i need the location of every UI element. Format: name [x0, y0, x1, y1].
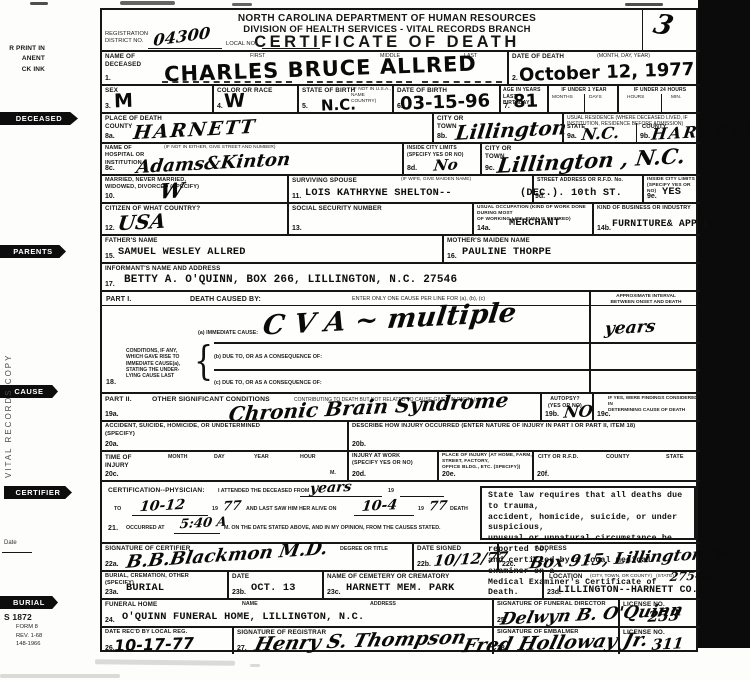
occupation-value: MERCHANT: [509, 217, 560, 229]
label: DATE: [232, 573, 249, 581]
row-marital: MARRIED, NEVER MARRIED, WIDOWED, DIVORCE…: [102, 174, 700, 202]
year-19-text: 19: [418, 506, 424, 513]
field-if-under-24-hours: IF UNDER 24 HOURS HOURS MIN.: [617, 86, 700, 112]
field-number: 12.: [105, 225, 115, 232]
label: NAME OF CEMETERY OR CREMATORY: [327, 573, 449, 581]
field-number: 15.: [105, 253, 115, 260]
occurred-at-text: OCCURRED AT: [126, 525, 165, 532]
label: SOCIAL SECURITY NUMBER: [292, 205, 382, 213]
label: KIND OF BUSINESS OR INDUSTRY: [597, 205, 691, 212]
inside-city-limits-residence-value: YES: [662, 186, 681, 198]
label: IF UNDER 24 HOURS: [622, 87, 698, 94]
sublabel: (IF WIFE, GIVE MAIDEN NAME): [401, 177, 471, 183]
sublabel-hours: HOURS: [627, 95, 644, 101]
field-mother-maiden-name: MOTHER'S MAIDEN NAME 16. PAULINE THORPE: [442, 236, 700, 262]
scan-artifact: [120, 1, 175, 5]
field-marital-status: MARRIED, NEVER MARRIED, WIDOWED, DIVORCE…: [102, 176, 287, 202]
approximate-interval-label: APPROXIMATE INTERVAL BETWEEN ONSET AND D…: [595, 294, 697, 306]
label: IF UNDER 1 YEAR: [552, 87, 616, 94]
degree-or-title-label: DEGREE OR TITLE: [340, 546, 388, 553]
local-no-underline: [262, 48, 320, 49]
attended-to-value: 10-12: [139, 497, 186, 515]
row-place-of-death: PLACE OF DEATH COUNTY 8a. HARNETT CITY O…: [102, 112, 700, 142]
sublabel-address: ADDRESS: [370, 601, 396, 608]
year-19-text: 19: [212, 506, 218, 513]
margin-tab-parents: PARENTS: [0, 245, 66, 258]
last-saw-value: 10-4: [361, 497, 398, 515]
label: ACCIDENT, SUICIDE, HOMICIDE, OR UNDETERM…: [105, 423, 260, 438]
burial-value: BURIAL: [126, 582, 164, 594]
field-social-security-number: SOCIAL SECURITY NUMBER 13.: [287, 204, 472, 234]
race-value: W: [224, 90, 246, 113]
header-divider: [642, 10, 643, 50]
margin-tab-certifier: CERTIFIER: [4, 486, 72, 499]
field-number: 13.: [292, 225, 302, 232]
label: FATHER'S NAME: [105, 237, 158, 245]
label: INJURY AT WORK (SPECIFY YES OR NO): [352, 453, 413, 467]
margin-tab-deceased: DECEASED: [0, 112, 78, 125]
field-number: 10.: [105, 193, 115, 200]
residence-city-value: Lillington , N.C.: [496, 143, 687, 178]
field-number: 27.: [237, 645, 247, 652]
death-text: DEATH: [450, 506, 468, 513]
embalmer-license-value: 311: [651, 634, 685, 654]
conditions-note: CONDITIONS, IF ANY, WHICH GAVE RISE TO I…: [126, 348, 180, 379]
label: LOCATION: [549, 573, 583, 581]
occurred-statement-text: M. ON THE DATE STATED ABOVE, AND IN MY O…: [224, 525, 441, 532]
field-date-signed: DATE SIGNED 22b. 10/12/77: [412, 544, 497, 570]
scanned-death-certificate: R PRINT IN ANENT CK INK DECEASED PARENTS…: [0, 0, 750, 680]
cemetery-value: HARNETT MEM. PARK: [346, 582, 454, 594]
last-saw-year-value: 77: [428, 499, 448, 515]
field-embalmer-signature: SIGNATURE OF EMBALMER 28. Fred Holloway …: [492, 628, 618, 654]
field-number: 9b.: [640, 133, 650, 140]
label: STREET ADDRESS OR R.F.D. No.: [537, 177, 623, 184]
label: FUNERAL HOME: [105, 601, 157, 609]
date-received-value: 10-17-77: [114, 634, 195, 656]
field-number: 9c.: [485, 165, 495, 172]
row-citizen: CITIZEN OF WHAT COUNTRY? 12. USA SOCIAL …: [102, 202, 700, 234]
field-number: 9a.: [567, 133, 577, 140]
field-director-license: LICENSE NO. 253: [618, 600, 700, 626]
scan-artifact: [250, 664, 260, 667]
field-accident-suicide-homicide: ACCIDENT, SUICIDE, HOMICIDE, OR UNDETERM…: [102, 422, 347, 450]
interval-column: APPROXIMATE INTERVAL BETWEEN ONSET AND D…: [589, 292, 700, 392]
sublabel-year: YEAR: [254, 454, 269, 461]
sublabel-months: MONTHS: [552, 95, 573, 101]
field-burial-location: LOCATION (CITY, TOWN, OR COUNTY) (STATE)…: [542, 572, 700, 598]
field-autopsy: AUTOPSY? (YES OR NO) 19b. NO: [540, 394, 592, 420]
field-number: 20d.: [352, 471, 366, 478]
blank-line: [354, 515, 414, 516]
label: DATE OF DEATH: [512, 53, 564, 61]
row-burial: BURIAL, CREMATION, OTHER (SPECIFY) 23a. …: [102, 570, 700, 598]
row-part2: PART II. OTHER SIGNIFICANT CONDITIONS CO…: [102, 392, 700, 420]
field-state-of-birth: STATE OF BIRTH (IF NOT IN U.S.A., NAME C…: [297, 86, 392, 112]
label: MOTHER'S MAIDEN NAME: [447, 237, 530, 245]
row-name: NAME OF DECEASED FIRST MIDDLE LAST 1. CH…: [102, 50, 700, 84]
field-signature-of-certifier: SIGNATURE OF CERTIFIER DEGREE OR TITLE 2…: [102, 544, 412, 570]
field-kind-of-business: KIND OF BUSINESS OR INDUSTRY 14b. FURNIT…: [592, 204, 700, 234]
cause-of-death-block: PART I. DEATH CAUSED BY: ENTER ONLY ONE …: [102, 290, 700, 392]
field-number: 14b.: [597, 225, 611, 232]
age-value: 81: [513, 91, 539, 113]
sub-divider: [584, 94, 585, 112]
sublabel-city-rfd: CITY OR R.F.D.: [538, 454, 578, 461]
row-vitals: SEX 3. M COLOR OR RACE 4. W STATE OF BIR…: [102, 84, 700, 112]
date-of-death-value: October 12, 1977: [519, 59, 695, 86]
blank-line: [174, 533, 220, 534]
death-caused-by-label: DEATH CAUSED BY:: [190, 295, 261, 304]
sub-divider: [636, 123, 637, 142]
sublabel-city-town: (CITY, TOWN, OR COUNTY): [590, 574, 652, 580]
field-embalmer-license: LICENSE NO. 311: [618, 628, 700, 654]
field-name-of-deceased: NAME OF DECEASED FIRST MIDDLE LAST 1. CH…: [102, 52, 507, 84]
inside-city-limits-death-value: No: [433, 155, 459, 174]
field-burial-date: DATE 23b. OCT. 13: [227, 572, 322, 598]
label: INFORMANT'S NAME AND ADDRESS: [105, 265, 220, 273]
scan-artifact: [232, 3, 252, 6]
row-certification: CERTIFICATION--PHYSICIAN: I ATTENDED THE…: [102, 480, 700, 542]
scan-artifact: [30, 2, 48, 5]
label: PLACE OF INJURY (AT HOME, FARM, STREET, …: [442, 453, 532, 472]
field-number: 17.: [105, 281, 115, 288]
to-year-value: 77: [222, 499, 242, 515]
funeral-home-value: O'QUINN FUNERAL HOME, LILLINGTON, N.C.: [122, 611, 364, 623]
field-number: 9e.: [647, 193, 657, 200]
field-number: 22b.: [417, 561, 431, 568]
field-residence-city: CITY OR TOWN 9c. Lillington , N.C.: [480, 144, 700, 174]
entry-line: [307, 81, 412, 83]
row-parents: FATHER'S NAME 15. SAMUEL WESLEY ALLRED M…: [102, 234, 700, 262]
field-injury-location: CITY OR R.F.D. COUNTY STATE 20f.: [532, 452, 700, 480]
field-injury-at-work: INJURY AT WORK (SPECIFY YES OR NO) 20d.: [347, 452, 437, 480]
time-of-death-value: 5:40 A: [179, 515, 228, 532]
item-18-number: 18.: [106, 378, 116, 387]
field-how-injury-occurred: DESCRIBE HOW INJURY OCCURRED (ENTER NATU…: [347, 422, 700, 450]
field-usual-residence: USUAL RESIDENCE (WHERE DECEASED LIVED, I…: [562, 114, 700, 142]
sublabel-days: DAYS: [589, 95, 602, 101]
date-margin-note: Date: [4, 540, 17, 548]
field-cemetery: NAME OF CEMETERY OR CREMATORY 23c. HARNE…: [322, 572, 542, 598]
field-if-under-1-year: IF UNDER 1 YEAR MONTHS DAYS: [547, 86, 617, 112]
row-hospital: NAME OF HOSPITAL OR INSTITUTION (IF NOT …: [102, 142, 700, 174]
sublabel: (MONTH, DAY, YEAR): [597, 53, 650, 60]
row-accident: ACCIDENT, SUICIDE, HOMICIDE, OR UNDETERM…: [102, 420, 700, 450]
field-number: 24.: [105, 617, 115, 624]
interval-value: years: [604, 317, 657, 340]
field-burial-cremation: BURIAL, CREMATION, OTHER (SPECIFY) 23a. …: [102, 572, 227, 598]
field-number: 23b.: [232, 589, 246, 596]
field-number: 20c.: [105, 471, 119, 478]
business-value: FURNITURE& APP'L: [612, 218, 709, 229]
field-city-of-death: CITY OR TOWN 8b. Lillington: [432, 114, 562, 142]
residence-state-value: N.C.: [581, 123, 621, 144]
field-usual-occupation: USUAL OCCUPATION (KIND OF WORK DONE DURI…: [472, 204, 592, 234]
field-informant: INFORMANT'S NAME AND ADDRESS 17. BETTY A…: [102, 264, 700, 290]
row-registrar: DATE REC'D BY LOCAL REG. 26. 10-17-77 SI…: [102, 626, 700, 654]
field-place-of-injury: PLACE OF INJURY (AT HOME, FARM, STREET, …: [437, 452, 532, 480]
attended-from-value: years: [309, 479, 353, 497]
vital-records-copy-watermark: VITAL RECORDS COPY: [4, 354, 13, 478]
label: TIME OF INJURY: [105, 454, 132, 470]
field-citizen: CITIZEN OF WHAT COUNTRY? 12. USA: [102, 204, 287, 234]
field-number: 8a.: [105, 133, 115, 140]
margin-tab-burial: BURIAL: [0, 596, 58, 609]
row-informant: INFORMANT'S NAME AND ADDRESS 17. BETTY A…: [102, 262, 700, 290]
field-number: 19a.: [105, 411, 119, 418]
field-registrar-signature: SIGNATURE OF REGISTRAR 27. Henry S. Thom…: [232, 628, 492, 654]
field-findings-considered: IF YES, WERE FINDINGS CONSIDERED IN DETE…: [592, 394, 700, 420]
field-number: 8b.: [437, 133, 447, 140]
form-revision-lines: FORM 8 REV. 1-68 148-1966: [16, 623, 42, 649]
burial-date-value: OCT. 13: [251, 582, 296, 594]
field-number: 23a.: [105, 589, 119, 596]
entry-line: [422, 81, 502, 83]
field-number: 23c.: [327, 589, 341, 596]
field-number: 19c.: [597, 411, 611, 418]
field-number: 20e.: [442, 471, 456, 478]
informant-value: BETTY A. O'QUINN, BOX 266, LILLINGTON, N…: [124, 274, 457, 286]
field-funeral-home: FUNERAL HOME NAME ADDRESS 24. O'QUINN FU…: [102, 600, 492, 626]
part1-label: PART I.: [106, 295, 131, 304]
city-of-death-value: Lillington: [454, 115, 568, 145]
brace-glyph: {: [194, 338, 213, 385]
mother-maiden-name-value: PAULINE THORPE: [462, 246, 551, 258]
field-number: 14a.: [477, 225, 491, 232]
to-text: TO: [114, 506, 121, 513]
field-number: 19b.: [545, 411, 559, 418]
label: STATE OF BIRTH: [302, 87, 355, 95]
field-other-significant-conditions: PART II. OTHER SIGNIFICANT CONDITIONS CO…: [102, 394, 540, 420]
due-to-c-label: (c) DUE TO, OR AS A CONSEQUENCE OF:: [214, 380, 322, 387]
label: IF YES, WERE FINDINGS CONSIDERED IN DETE…: [608, 396, 700, 414]
item-21-number: 21.: [108, 524, 118, 533]
field-certifier-address: ADDRESS 22c. Box 915, Lillington NC: [497, 544, 700, 570]
scan-artifact: [0, 674, 120, 678]
row-certifier-signature: SIGNATURE OF CERTIFIER DEGREE OR TITLE 2…: [102, 542, 700, 570]
marital-status-value: W: [158, 177, 185, 203]
last-saw-text: AND LAST SAW HIM HER ALIVE ON: [246, 506, 336, 513]
date-of-birth-value: 03-15-96: [400, 90, 491, 114]
sex-value: M: [114, 90, 134, 113]
sublabel-min: MIN.: [671, 95, 681, 101]
field-county-of-death: PLACE OF DEATH COUNTY 8a. HARNETT: [102, 114, 432, 142]
field-street-address: STREET ADDRESS OR R.F.D. No. 9d. (DEC.).…: [532, 176, 642, 202]
blank-line: [400, 496, 444, 497]
sublabel-name: NAME: [242, 601, 258, 608]
certificate-form: NORTH CAROLINA DEPARTMENT OF HUMAN RESOU…: [100, 8, 698, 652]
burial-location-value: LILLINGTON--HARNETT CO.: [558, 584, 698, 595]
field-inside-city-limits-death: INSIDE CITY LIMITS (SPECIFY YES OR NO) 8…: [402, 144, 480, 174]
margin-mark: [2, 552, 32, 553]
row-funeral-home: FUNERAL HOME NAME ADDRESS 24. O'QUINN FU…: [102, 598, 700, 626]
field-funeral-director-signature: SIGNATURE OF FUNERAL DIRECTOR 25. Delwyn…: [492, 600, 618, 626]
father-name-value: SAMUEL WESLEY ALLRED: [118, 246, 246, 258]
field-number: 20b.: [352, 441, 366, 448]
state-law-notice: State law requires that all deaths due t…: [480, 486, 696, 540]
street-address-value: (DEC.). 10th ST.: [520, 187, 622, 199]
label: SURVIVING SPOUSE: [292, 177, 357, 185]
field-number: 7.: [504, 103, 510, 110]
field-surviving-spouse: SURVIVING SPOUSE (IF WIFE, GIVE MAIDEN N…: [287, 176, 532, 202]
department-line-1: NORTH CAROLINA DEPARTMENT OF HUMAN RESOU…: [147, 13, 627, 24]
meridiem-suffix: M.: [330, 470, 336, 477]
sublabel-hour: HOUR: [300, 454, 316, 461]
immediate-cause-label: (a) IMMEDIATE CAUSE:: [198, 330, 258, 337]
citizen-value: USA: [116, 209, 167, 235]
form-code: S 1872: [4, 612, 32, 623]
field-number: 5.: [302, 103, 308, 110]
local-no-label: LOCAL NO.: [226, 41, 257, 48]
field-number: 22c.: [502, 561, 516, 568]
page-number: 3: [650, 9, 676, 43]
field-sex: SEX 3. M: [102, 86, 212, 112]
sublabel-day: DAY: [214, 454, 225, 461]
field-number: 22a.: [105, 561, 119, 568]
blank-line: [300, 496, 382, 497]
registration-district-label: REGISTRATION DISTRICT NO.: [105, 31, 148, 45]
field-hospital: NAME OF HOSPITAL OR INSTITUTION (IF NOT …: [102, 144, 402, 174]
field-inside-city-limits-residence: INSIDE CITY LIMITS (SPECIFY YES OR NO) 9…: [642, 176, 700, 202]
field-father-name: FATHER'S NAME 15. SAMUEL WESLEY ALLRED: [102, 236, 442, 262]
form-header: NORTH CAROLINA DEPARTMENT OF HUMAN RESOU…: [102, 10, 700, 50]
sublabel-county: COUNTY: [606, 454, 630, 461]
zip-handwritten-value: 27546: [669, 568, 713, 584]
field-time-of-injury: TIME OF INJURY MONTH DAY YEAR HOUR 20c. …: [102, 452, 347, 480]
registration-underline: [148, 48, 222, 49]
scan-artifact: [95, 659, 235, 665]
certifier-signature-value: B.B.Blackmon M.D.: [125, 538, 330, 573]
sublabel-state: STATE: [666, 454, 684, 461]
field-number: 20f.: [537, 471, 549, 478]
field-number: 2.: [512, 75, 518, 82]
field-age: AGE IN YEARS LAST BIRTHDAY 7. 81: [499, 86, 547, 112]
field-number: 8c.: [105, 165, 115, 172]
director-license-value: 253: [647, 606, 681, 626]
field-date-of-birth: DATE OF BIRTH 6. 03-15-96: [392, 86, 499, 112]
year-19-text: 19: [388, 488, 394, 495]
label: NAME OF DECEASED: [105, 53, 141, 69]
autopsy-value: NO: [563, 401, 594, 421]
field-number: 8d.: [407, 165, 417, 172]
certification-label: CERTIFICATION--PHYSICIAN:: [108, 487, 205, 496]
part2-label: PART II.: [105, 396, 132, 405]
field-number: 1.: [105, 75, 111, 82]
field-color-or-race: COLOR OR RACE 4. W: [212, 86, 297, 112]
field-number: 3.: [105, 103, 111, 110]
field-number: 20a.: [105, 441, 119, 448]
attended-text: I ATTENDED THE DECEASED FROM: [218, 488, 309, 495]
surviving-spouse-value: LOIS KATHRYNE SHELTON--: [305, 187, 452, 199]
field-number: 11.: [292, 193, 301, 200]
field-number: 16.: [447, 253, 457, 260]
field-date-received: DATE REC'D BY LOCAL REG. 26. 10-17-77: [102, 628, 232, 654]
field-number: 4.: [217, 103, 223, 110]
sublabel: (IF NOT IN U.S.A., NAME COUNTRY): [351, 87, 392, 105]
entry-line: [162, 81, 292, 83]
scan-artifact: [625, 3, 663, 6]
row-time-of-injury: TIME OF INJURY MONTH DAY YEAR HOUR 20c. …: [102, 450, 700, 480]
label: DESCRIBE HOW INJURY OCCURRED (ENTER NATU…: [352, 423, 635, 431]
print-in-ink-note: R PRINT IN ANENT CK INK: [0, 44, 45, 75]
field-date-of-death: DATE OF DEATH (MONTH, DAY, YEAR) 2. Octo…: [507, 52, 700, 84]
sub-divider: [661, 94, 662, 112]
due-to-b-label: (b) DUE TO, OR AS A CONSEQUENCE OF:: [214, 354, 322, 361]
sublabel-month: MONTH: [168, 454, 187, 461]
